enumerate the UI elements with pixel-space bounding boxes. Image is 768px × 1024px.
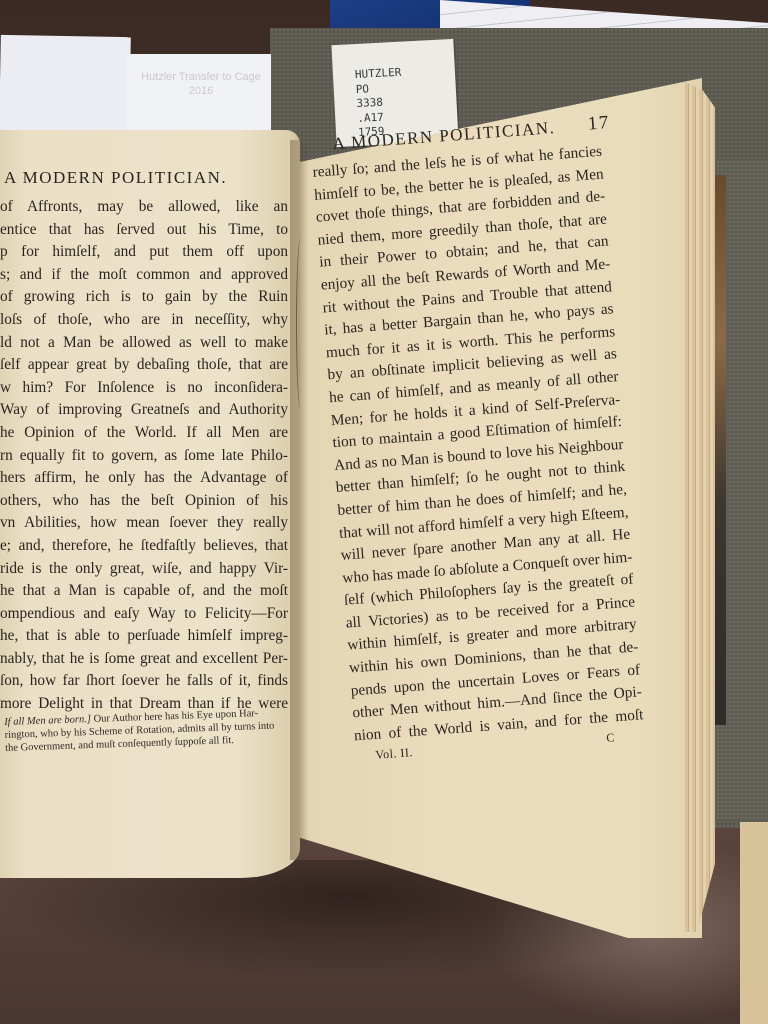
text-line: e; and, therefore, he ſtedfaſtly believe… xyxy=(0,535,288,558)
page-edges xyxy=(685,82,715,932)
transfer-note-year: 2016 xyxy=(136,84,266,98)
text-line: of growing rich is to gain by the Ruin xyxy=(0,286,288,309)
text-line: he that a Man is capable of, and the moſ… xyxy=(0,580,288,603)
text-line: ompendious and eaſy Way to Felicity—For xyxy=(0,603,288,626)
text-line: s; and if the moſt common and approved xyxy=(0,264,288,287)
left-page-text: A MODERN POLITICIAN. of Affronts, may be… xyxy=(0,168,294,716)
transfer-note-line: Hutzler Transfer to Cage xyxy=(136,70,266,84)
signature-mark: C xyxy=(606,731,616,747)
call-number-line: HUTZLER xyxy=(331,39,455,84)
text-line: hers affirm, he only has the Advantage o… xyxy=(0,467,288,490)
text-line: Way of improving Greatneſs and Authority xyxy=(0,399,288,422)
pencil-margin-mark xyxy=(296,238,305,408)
text-line: he Opinion of the World. If all Men are xyxy=(0,422,288,445)
text-line: entice that has ſerved out his Time, to xyxy=(0,219,288,242)
text-line: ld not a Man be allowed as well to make xyxy=(0,332,288,355)
text-line: nably, that he is ſome great and excelle… xyxy=(0,648,288,671)
page-number: 17 xyxy=(587,112,611,136)
text-line: ſelf appear great by debaſing thoſe, tha… xyxy=(0,354,288,377)
text-line: ride is the only great, wiſe, and happy … xyxy=(0,558,288,581)
text-line: vn Abilities, how mean ſoever they reall… xyxy=(0,512,288,535)
text-line: of Affronts, may be allowed, like an xyxy=(0,196,288,219)
text-line: others, who has the beſt Opinion of his xyxy=(0,490,288,513)
paper-slip-left xyxy=(0,35,131,133)
text-line: loſs of thoſe, who are in neceſſity, why xyxy=(0,309,288,332)
volume-label: Vol. II. xyxy=(375,746,413,764)
text-line: he, that is able to perſuade himſelf imp… xyxy=(0,625,288,648)
right-page-text: A MODERN POLITICIAN. 17 really ſo; and t… xyxy=(310,114,655,765)
text-line: w him? For Inſolence is no inconſidera- xyxy=(0,377,288,400)
text-line: p for himſelf, and put them off upon xyxy=(0,241,288,264)
wooden-board-edge xyxy=(740,822,768,1024)
text-line: ſon, how far ſhort ſoever he falls of it… xyxy=(0,670,288,693)
running-head: A MODERN POLITICIAN. xyxy=(0,168,294,188)
text-line: rn equally fit to govern, as ſome late P… xyxy=(0,445,288,468)
